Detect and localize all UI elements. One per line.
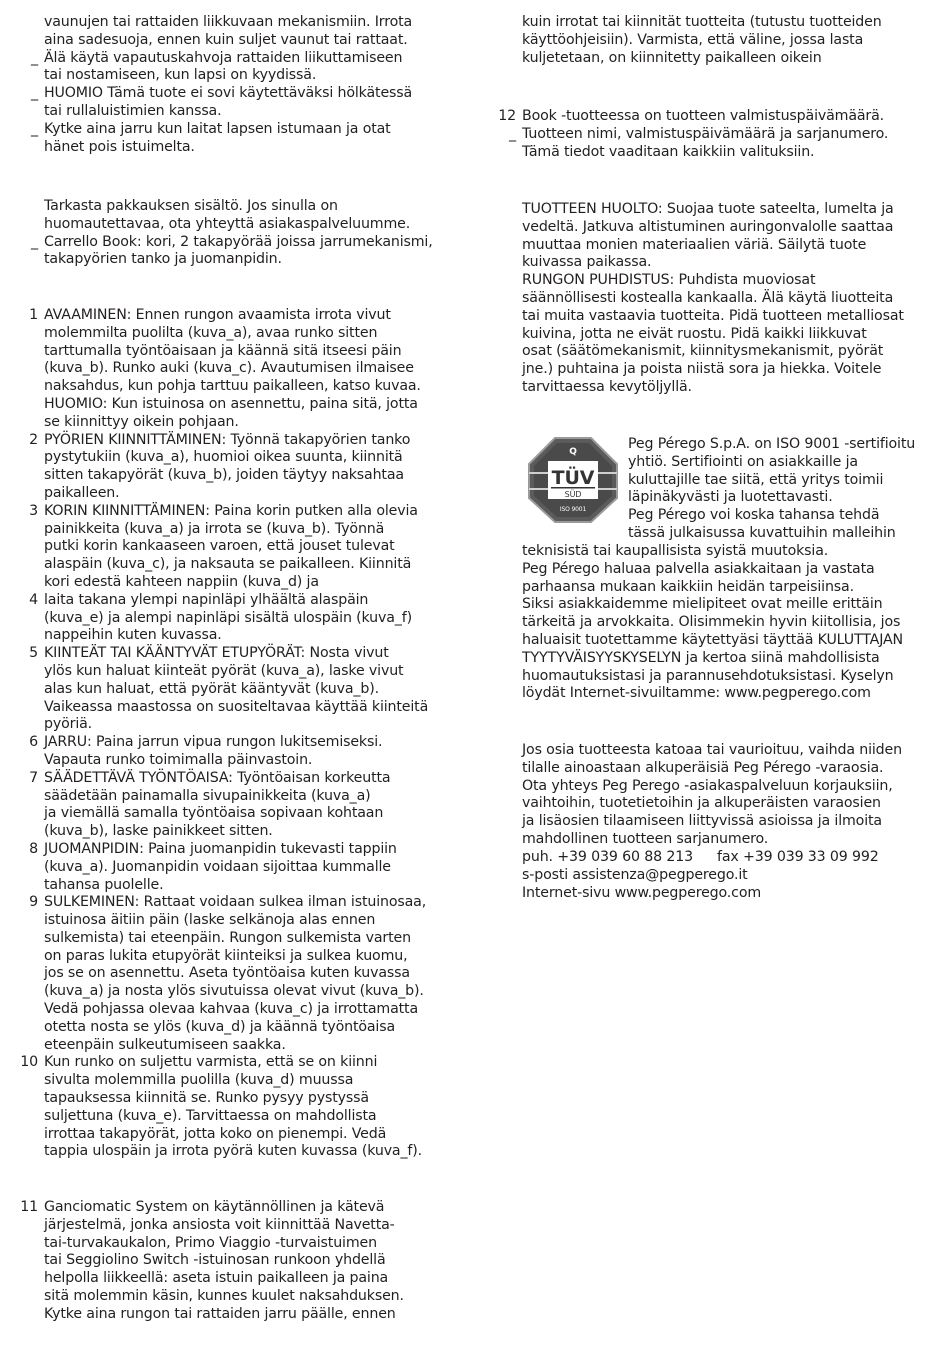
list-item: 6JARRU: Paina jarrun vipua rungon lukits… — [44, 734, 428, 770]
text-line: _Tuotteen nimi, valmistuspäivämäärä ja s… — [522, 126, 888, 144]
bullet-marker: _ — [509, 126, 516, 144]
text-line: aina sadesuoja, ennen kuin suljet vaunut… — [44, 32, 412, 50]
list-item: _Älä käytä vapautuskahvoja rattaiden lii… — [44, 50, 412, 86]
step-number: 12 — [498, 108, 516, 126]
bullet-marker: _ — [31, 121, 38, 139]
text-line: alaspäin (kuva_c), ja naksauta se paikal… — [44, 556, 428, 574]
text-line: otetta nosta se ylös (kuva_d) ja käännä … — [44, 1019, 428, 1037]
text-line: RUNGON PUHDISTUS: Puhdista muoviosat — [522, 272, 904, 290]
text-line: 2PYÖRIEN KIINNITTÄMINEN: Työnnä takapyör… — [44, 432, 428, 450]
step-number: 7 — [29, 770, 38, 788]
text-line: istuinosa äitiin päin (laske selkänoja a… — [44, 912, 428, 930]
line-text: helpolla liikkeellä: aseta istuin paikal… — [44, 1270, 388, 1286]
line-text: järjestelmä, jonka ansiosta voit kiinnit… — [44, 1217, 395, 1233]
text-line: kuluttajille tae siitä, että yritys toim… — [628, 472, 915, 490]
text-line: säädetään painamalla sivupainikkeita (ku… — [44, 788, 428, 806]
text-line: kuin irrotat tai kiinnität tuotteita (tu… — [522, 14, 882, 32]
line-text: KORIN KIINNITTÄMINEN: Paina korin putken… — [44, 503, 418, 519]
package-contents: Tarkasta pakkauksen sisältö. Jos sinulla… — [44, 198, 433, 269]
text-line: tai nostamiseen, kun lapsi on kyydissä. — [44, 67, 412, 85]
line-text: Kytke aina rungon tai rattaiden jarru pä… — [44, 1306, 396, 1322]
text-line: muuttaa monien materiaalien väriä. Säily… — [522, 237, 904, 255]
text-line: tahansa puolelle. — [44, 877, 428, 895]
text-line: eteenpäin sulkeutumiseen saakka. — [44, 1037, 428, 1055]
line-text: tai nostamiseen, kun lapsi on kyydissä. — [44, 67, 316, 83]
certification-badge-icon: Q TÜV SÜD ISO 9001 — [527, 436, 619, 524]
spare-parts-section: Jos osia tuotteesta katoaa tai vaurioitu… — [522, 742, 902, 849]
line-text: (kuva_a) ja nosta ylös sivutuissa olevat… — [44, 983, 424, 999]
text-line: suljettuna (kuva_e). Tarvittaessa on mah… — [44, 1108, 428, 1126]
list-item: 2PYÖRIEN KIINNITTÄMINEN: Työnnä takapyör… — [44, 432, 428, 503]
text-line: tässä julkaisussa kuvattuihin malleihin — [628, 525, 915, 543]
text-line: ja viemällä samalla työntöaisa sopivaan … — [44, 805, 428, 823]
text-line: alas kun haluat, että pyörät kääntyvät (… — [44, 681, 428, 699]
line-text: molemmilta puolilta (kuva_a), avaa runko… — [44, 325, 377, 341]
text-line: kuivassa paikassa. — [522, 254, 904, 272]
text-line: sitten takapyörät (kuva_b), joiden täyty… — [44, 467, 428, 485]
line-text: HUOMIO: Kun istuinosa on asennettu, pain… — [44, 396, 418, 412]
text-line: tarttumalla työntöaisaan ja käännä sitä … — [44, 343, 428, 361]
text-line: Siksi asiakkaidemme mielipiteet ovat mei… — [522, 596, 903, 614]
line-text: Vedä pohjassa olevaa kahvaa (kuva_c) ja … — [44, 1001, 418, 1017]
line-text: (kuva_e) ja alempi napinläpi sisältä ulo… — [44, 610, 412, 626]
line-text: tahansa puolelle. — [44, 877, 163, 893]
line-text: painikkeita (kuva_a) ja irrota se (kuva_… — [44, 521, 384, 537]
line-text: Vaikeassa maastossa on suositeltavaa käy… — [44, 699, 428, 715]
line-text: putki korin kankaaseen varoen, että jous… — [44, 538, 395, 554]
line-text: muuttaa monien materiaalien väriä. Säily… — [522, 237, 866, 253]
text-line: Peg Pérego S.p.A. on ISO 9001 -sertifioi… — [628, 436, 915, 454]
line-text: SULKEMINEN: Rattaat voidaan sulkea ilman… — [44, 894, 426, 910]
line-text: sivulta molemmilla puolilla (kuva_d) muu… — [44, 1072, 353, 1088]
line-text: pystytukiin (kuva_a), huomioi oikea suun… — [44, 449, 403, 465]
text-line: tapauksessa kiinnitä se. Runko pysyy pys… — [44, 1090, 428, 1108]
line-text: tai muita vastaavia tuotteita. Pidä tuot… — [522, 308, 904, 324]
text-line: Vapauta runko toimimalla päinvastoin. — [44, 752, 428, 770]
text-line: Vedä pohjassa olevaa kahvaa (kuva_c) ja … — [44, 1001, 428, 1019]
certification-text-beside-logo: Peg Pérego S.p.A. on ISO 9001 -sertifioi… — [628, 436, 915, 543]
line-text: istuinosa äitiin päin (laske selkänoja a… — [44, 912, 375, 928]
line-text: tapauksessa kiinnitä se. Runko pysyy pys… — [44, 1090, 369, 1106]
text-line: se kiinnittyy oikein pohjaan. — [44, 414, 428, 432]
text-line: Kytke aina rungon tai rattaiden jarru pä… — [44, 1306, 404, 1324]
line-text: hänet pois istuimelta. — [44, 139, 195, 155]
text-line: helpolla liikkeellä: aseta istuin paikal… — [44, 1270, 404, 1288]
text-line: 5KIINTEÄT TAI KÄÄNTYVÄT ETUPYÖRÄT: Nosta… — [44, 645, 428, 663]
text-line: TYYTYVÄISYYSKYSELYN ja kertoa siinä mahd… — [522, 650, 903, 668]
text-line: tarvittaessa kevytöljyllä. — [522, 379, 904, 397]
text-line: tilalle ainoastaan alkuperäisiä Peg Pére… — [522, 760, 902, 778]
text-line: HUOMIO: Kun istuinosa on asennettu, pain… — [44, 396, 428, 414]
line-text: PYÖRIEN KIINNITTÄMINEN: Työnnä takapyöri… — [44, 432, 410, 448]
line-text: Book -tuotteessa on tuotteen valmistuspä… — [522, 108, 884, 124]
line-text: vaunujen tai rattaiden liikkuvaan mekani… — [44, 14, 412, 30]
bullet-marker: _ — [31, 85, 38, 103]
text-line: jos se on asennettu. Aseta työntöaisa ku… — [44, 965, 428, 983]
text-line: (kuva_b), laske painikkeet sitten. — [44, 823, 428, 841]
svg-text:SÜD: SÜD — [565, 489, 582, 499]
text-line: TUOTTEEN HUOLTO: Suojaa tuote sateelta, … — [522, 201, 904, 219]
line-text: Kun runko on suljettu varmista, että se … — [44, 1054, 377, 1070]
step-number: 1 — [29, 307, 38, 325]
list-item: _Tuotteen nimi, valmistuspäivämäärä ja s… — [522, 126, 888, 162]
line-text: (kuva_b), laske painikkeet sitten. — [44, 823, 273, 839]
line-text: Älä käytä vapautuskahvoja rattaiden liik… — [44, 50, 402, 66]
line-text: TUOTTEEN HUOLTO: Suojaa tuote sateelta, … — [522, 201, 894, 217]
line-text: sulkemista) tai eteenpäin. Rungon sulkem… — [44, 930, 411, 946]
line-text: on paras lukita etupyörät kiinteiksi ja … — [44, 948, 407, 964]
line-text: AVAAMINEN: Ennen rungon avaamista irrota… — [44, 307, 391, 323]
tuv-sud-iso-9001-logo: Q TÜV SÜD ISO 9001 — [527, 436, 619, 524]
line-text: huomautettavaa, ota yhteyttä asiakaspalv… — [44, 216, 410, 232]
text-line: _Carrello Book: kori, 2 takapyörää joiss… — [44, 234, 433, 252]
text-line: (kuva_a) ja nosta ylös sivutuissa olevat… — [44, 983, 428, 1001]
line-text: kuivassa paikassa. — [522, 254, 651, 270]
text-line: osat (säätömekanismit, kiinnitysmekanism… — [522, 343, 904, 361]
text-line: 6JARRU: Paina jarrun vipua rungon lukits… — [44, 734, 428, 752]
list-item: 5KIINTEÄT TAI KÄÄNTYVÄT ETUPYÖRÄT: Nosta… — [44, 645, 428, 734]
text-line: pyöriä. — [44, 716, 428, 734]
text-line: _Älä käytä vapautuskahvoja rattaiden lii… — [44, 50, 412, 68]
line-text: (kuva_a). Juomanpidin voidaan sijoittaa … — [44, 859, 391, 875]
line-text: alaspäin (kuva_c), ja naksauta se paikal… — [44, 556, 411, 572]
text-line: (kuva_b). Runko auki (kuva_c). Avautumis… — [44, 360, 428, 378]
text-line: painikkeita (kuva_a) ja irrota se (kuva_… — [44, 521, 428, 539]
email-address[interactable]: s-posti assistenza@pegperego.it — [522, 867, 879, 885]
line-text: eteenpäin sulkeutumiseen saakka. — [44, 1037, 286, 1053]
line-text: Ganciomatic System on käytännöllinen ja … — [44, 1199, 384, 1215]
line-text: otetta nosta se ylös (kuva_d) ja käännä … — [44, 1019, 395, 1035]
website-link[interactable]: Internet-sivu www.pegperego.com — [522, 885, 879, 903]
text-line: 1AVAAMINEN: Ennen rungon avaamista irrot… — [44, 307, 428, 325]
list-item: Tarkasta pakkauksen sisältö. Jos sinulla… — [44, 198, 433, 234]
fax-number: fax +39 039 33 09 992 — [717, 849, 879, 865]
text-line: käyttöohjeisiin). Varmista, että väline,… — [522, 32, 882, 50]
text-line: nappeihin kuten kuvassa. — [44, 627, 428, 645]
text-line: (kuva_e) ja alempi napinläpi sisältä ulo… — [44, 610, 428, 628]
instruction-11: 11Ganciomatic System on käytännöllinen j… — [44, 1199, 404, 1324]
text-line: jne.) puhtaina ja poista niistä sora ja … — [522, 361, 904, 379]
instruction-12: 12Book -tuotteessa on tuotteen valmistus… — [522, 108, 888, 161]
line-text: vedeltä. Jatkuva altistuminen auringonva… — [522, 219, 893, 235]
text-line: vaunujen tai rattaiden liikkuvaan mekani… — [44, 14, 412, 32]
text-line: haluaisit tuotettamme käytettyäsi täyttä… — [522, 632, 903, 650]
certification-text-full: teknisistä tai kaupallisista syistä muut… — [522, 543, 903, 703]
line-text: kuivina, jotta ne eivät ruostu. Pidä kai… — [522, 326, 867, 342]
text-line: tai rullaluistimien kanssa. — [44, 103, 412, 121]
line-text: SÄÄDETTÄVÄ TYÖNTÖAISA: Työntöaisan korke… — [44, 770, 390, 786]
line-text: HUOMIO Tämä tuote ei sovi käytettäväksi … — [44, 85, 412, 101]
list-item: _Kytke aina jarru kun laitat lapsen istu… — [44, 121, 412, 157]
line-text: ylös kun haluat kiinteät pyörät (kuva_a)… — [44, 663, 403, 679]
text-line: huomautuksistasi ja parannusehdotuksista… — [522, 668, 903, 686]
text-line: on paras lukita etupyörät kiinteiksi ja … — [44, 948, 428, 966]
step-number: 9 — [29, 894, 38, 912]
text-line: sivulta molemmilla puolilla (kuva_d) muu… — [44, 1072, 428, 1090]
text-line: vedeltä. Jatkuva altistuminen auringonva… — [522, 219, 904, 237]
text-line: järjestelmä, jonka ansiosta voit kiinnit… — [44, 1217, 404, 1235]
line-text: jne.) puhtaina ja poista niistä sora ja … — [522, 361, 881, 377]
line-text: alas kun haluat, että pyörät kääntyvät (… — [44, 681, 379, 697]
text-line: (kuva_a). Juomanpidin voidaan sijoittaa … — [44, 859, 428, 877]
line-text: (kuva_b). Runko auki (kuva_c). Avautumis… — [44, 360, 414, 376]
continuation-text: kuin irrotat tai kiinnität tuotteita (tu… — [522, 14, 882, 67]
line-text: Tuotteen nimi, valmistuspäivämäärä ja sa… — [522, 126, 888, 142]
line-text: Vapauta runko toimimalla päinvastoin. — [44, 752, 312, 768]
text-line: Peg Pérego haluaa palvella asiakkaitaan … — [522, 561, 903, 579]
text-line: mahdollinen tuotteen sarjanumero. — [522, 831, 902, 849]
line-text: paikalleen. — [44, 485, 120, 501]
text-line: pystytukiin (kuva_a), huomioi oikea suun… — [44, 449, 428, 467]
line-text: aina sadesuoja, ennen kuin suljet vaunut… — [44, 32, 408, 48]
line-text: tai rullaluistimien kanssa. — [44, 103, 221, 119]
text-line: putki korin kankaaseen varoen, että jous… — [44, 538, 428, 556]
text-line: kuivina, jotta ne eivät ruostu. Pidä kai… — [522, 326, 904, 344]
text-line: parhaansa mukaan kaikkiin heidän tarpeis… — [522, 579, 903, 597]
line-text: jos se on asennettu. Aseta työntöaisa ku… — [44, 965, 410, 981]
list-item: 4laita takana ylempi napinläpi ylhäältä … — [44, 592, 428, 645]
line-text: JARRU: Paina jarrun vipua rungon lukitse… — [44, 734, 382, 750]
line-text: KIINTEÄT TAI KÄÄNTYVÄT ETUPYÖRÄT: Nosta … — [44, 645, 389, 661]
warnings-top: vaunujen tai rattaiden liikkuvaan mekani… — [44, 14, 412, 156]
step-number: 8 — [29, 841, 38, 859]
line-text: JUOMANPIDIN: Paina juomanpidin tukevasti… — [44, 841, 397, 857]
text-line: 7SÄÄDETTÄVÄ TYÖNTÖAISA: Työntöaisan kork… — [44, 770, 428, 788]
text-line: vaihtoihin, tuotetietoihin ja alkuperäis… — [522, 795, 902, 813]
svg-text:Q: Q — [569, 447, 577, 457]
line-text: käyttöohjeisiin). Varmista, että väline,… — [522, 32, 863, 48]
text-line: 9SULKEMINEN: Rattaat voidaan sulkea ilma… — [44, 894, 428, 912]
svg-text:TÜV: TÜV — [552, 465, 595, 489]
line-text: Tämä tiedot vaaditaan kaikkiin valituksi… — [522, 144, 814, 160]
line-text: pyöriä. — [44, 716, 92, 732]
text-line: 10Kun runko on suljettu varmista, että s… — [44, 1054, 428, 1072]
line-text: ja viemällä samalla työntöaisa sopivaan … — [44, 805, 383, 821]
line-text: kori edestä kahteen nappiin (kuva_d) ja — [44, 574, 319, 590]
step-number: 3 — [29, 503, 38, 521]
text-line: tärkeitä ja arvokkaita. Olisimmekin hyvi… — [522, 614, 903, 632]
text-line: Vaikeassa maastossa on suositeltavaa käy… — [44, 699, 428, 717]
line-text: nappeihin kuten kuvassa. — [44, 627, 222, 643]
text-line: ylös kun haluat kiinteät pyörät (kuva_a)… — [44, 663, 428, 681]
bullet-marker: _ — [31, 234, 38, 252]
line-text: säännöllisesti kostealla kankaalla. Älä … — [522, 290, 893, 306]
step-number: 2 — [29, 432, 38, 450]
text-line: huomautettavaa, ota yhteyttä asiakaspalv… — [44, 216, 433, 234]
line-text: Tarkasta pakkauksen sisältö. Jos sinulla… — [44, 198, 338, 214]
step-number: 5 — [29, 645, 38, 663]
step-number: 6 — [29, 734, 38, 752]
line-text: kuljetetaan, on kiinnitetty paikalleen o… — [522, 50, 822, 66]
contact-phone-fax-row: puh. +39 039 60 88 213fax +39 039 33 09 … — [522, 849, 879, 867]
text-line: Jos osia tuotteesta katoaa tai vaurioitu… — [522, 742, 902, 760]
bullet-marker: _ — [31, 50, 38, 68]
line-text: sitä molemmin käsin, kunnes kuulet naksa… — [44, 1288, 404, 1304]
list-item: 10Kun runko on suljettu varmista, että s… — [44, 1054, 428, 1161]
list-item: _Carrello Book: kori, 2 takapyörää joiss… — [44, 234, 433, 270]
list-item: 9SULKEMINEN: Rattaat voidaan sulkea ilma… — [44, 894, 428, 1054]
text-line: kuljetetaan, on kiinnitetty paikalleen o… — [522, 50, 882, 68]
list-item: vaunujen tai rattaiden liikkuvaan mekani… — [44, 14, 412, 50]
text-line: tappia ulospäin ja irrota pyörä kuten ku… — [44, 1143, 428, 1161]
text-line: Tämä tiedot vaaditaan kaikkiin valituksi… — [522, 144, 888, 162]
line-text: tai Seggiolino Switch -istuinosan runkoo… — [44, 1252, 386, 1268]
text-line: tai Seggiolino Switch -istuinosan runkoo… — [44, 1252, 404, 1270]
list-item: 8JUOMANPIDIN: Paina juomanpidin tukevast… — [44, 841, 428, 894]
text-line: naksahdus, kun pohja tarttuu paikalleen,… — [44, 378, 428, 396]
text-line: Ota yhteys Peg Perego -asiakaspalveluun … — [522, 778, 902, 796]
text-line: irrottaa takapyörät, jotta koko on piene… — [44, 1126, 428, 1144]
text-line: yhtiö. Sertifiointi on asiakkaille ja — [628, 454, 915, 472]
text-line: paikalleen. — [44, 485, 428, 503]
text-line: sulkemista) tai eteenpäin. Rungon sulkem… — [44, 930, 428, 948]
line-text: RUNGON PUHDISTUS: Puhdista muoviosat — [522, 272, 815, 288]
text-line: läpinäkyvästi ja luotettavasti. — [628, 489, 915, 507]
text-line: löydät Internet-sivuiltamme: www.pegpere… — [522, 685, 903, 703]
step-number: 11 — [20, 1199, 38, 1217]
text-line: ja lisäosien tilaamiseen liittyvissä asi… — [522, 813, 902, 831]
phone-number: puh. +39 039 60 88 213 — [522, 849, 693, 865]
line-text: Kytke aina jarru kun laitat lapsen istum… — [44, 121, 391, 137]
text-line: tai-turvakaukalon, Primo Viaggio -turvai… — [44, 1235, 404, 1253]
text-line: molemmilta puolilta (kuva_a), avaa runko… — [44, 325, 428, 343]
line-text: säädetään painamalla sivupainikkeita (ku… — [44, 788, 371, 804]
line-text: kuin irrotat tai kiinnität tuotteita (tu… — [522, 14, 882, 30]
text-line: 12Book -tuotteessa on tuotteen valmistus… — [522, 108, 888, 126]
text-line: _Kytke aina jarru kun laitat lapsen istu… — [44, 121, 412, 139]
contact-info: puh. +39 039 60 88 213fax +39 039 33 09 … — [522, 849, 879, 902]
text-line: _HUOMIO Tämä tuote ei sovi käytettäväksi… — [44, 85, 412, 103]
line-text: sitten takapyörät (kuva_b), joiden täyty… — [44, 467, 404, 483]
text-line: takapyörien tanko ja juomanpidin. — [44, 251, 433, 269]
line-text: se kiinnittyy oikein pohjaan. — [44, 414, 239, 430]
text-line: teknisistä tai kaupallisista syistä muut… — [522, 543, 903, 561]
instructions-list: 1AVAAMINEN: Ennen rungon avaamista irrot… — [44, 307, 428, 1161]
maintenance-section: TUOTTEEN HUOLTO: Suojaa tuote sateelta, … — [522, 201, 904, 397]
list-item: 12Book -tuotteessa on tuotteen valmistus… — [522, 108, 888, 126]
text-line: 4laita takana ylempi napinläpi ylhäältä … — [44, 592, 428, 610]
text-line: 11Ganciomatic System on käytännöllinen j… — [44, 1199, 404, 1217]
step-number: 10 — [20, 1054, 38, 1072]
text-line: 3KORIN KIINNITTÄMINEN: Paina korin putke… — [44, 503, 428, 521]
line-text: laita takana ylempi napinläpi ylhäältä a… — [44, 592, 368, 608]
text-line: Tarkasta pakkauksen sisältö. Jos sinulla… — [44, 198, 433, 216]
text-line: 8JUOMANPIDIN: Paina juomanpidin tukevast… — [44, 841, 428, 859]
svg-text:ISO 9001: ISO 9001 — [560, 506, 587, 513]
line-text: suljettuna (kuva_e). Tarvittaessa on mah… — [44, 1108, 376, 1124]
line-text: tappia ulospäin ja irrota pyörä kuten ku… — [44, 1143, 422, 1159]
line-text: osat (säätömekanismit, kiinnitysmekanism… — [522, 343, 883, 359]
text-line: Peg Pérego voi koska tahansa tehdä — [628, 507, 915, 525]
line-text: tai-turvakaukalon, Primo Viaggio -turvai… — [44, 1235, 377, 1251]
text-line: säännöllisesti kostealla kankaalla. Älä … — [522, 290, 904, 308]
text-line: tai muita vastaavia tuotteita. Pidä tuot… — [522, 308, 904, 326]
list-item: 1AVAAMINEN: Ennen rungon avaamista irrot… — [44, 307, 428, 432]
step-number: 4 — [29, 592, 38, 610]
line-text: tarttumalla työntöaisaan ja käännä sitä … — [44, 343, 401, 359]
text-line: kori edestä kahteen nappiin (kuva_d) ja — [44, 574, 428, 592]
line-text: tarvittaessa kevytöljyllä. — [522, 379, 692, 395]
text-line: hänet pois istuimelta. — [44, 139, 412, 157]
list-item: 7SÄÄDETTÄVÄ TYÖNTÖAISA: Työntöaisan kork… — [44, 770, 428, 841]
list-item: 3KORIN KIINNITTÄMINEN: Paina korin putke… — [44, 503, 428, 592]
list-item: _HUOMIO Tämä tuote ei sovi käytettäväksi… — [44, 85, 412, 121]
line-text: irrottaa takapyörät, jotta koko on piene… — [44, 1126, 386, 1142]
line-text: naksahdus, kun pohja tarttuu paikalleen,… — [44, 378, 421, 394]
line-text: takapyörien tanko ja juomanpidin. — [44, 251, 282, 267]
text-line: sitä molemmin käsin, kunnes kuulet naksa… — [44, 1288, 404, 1306]
line-text: Carrello Book: kori, 2 takapyörää joissa… — [44, 234, 433, 250]
